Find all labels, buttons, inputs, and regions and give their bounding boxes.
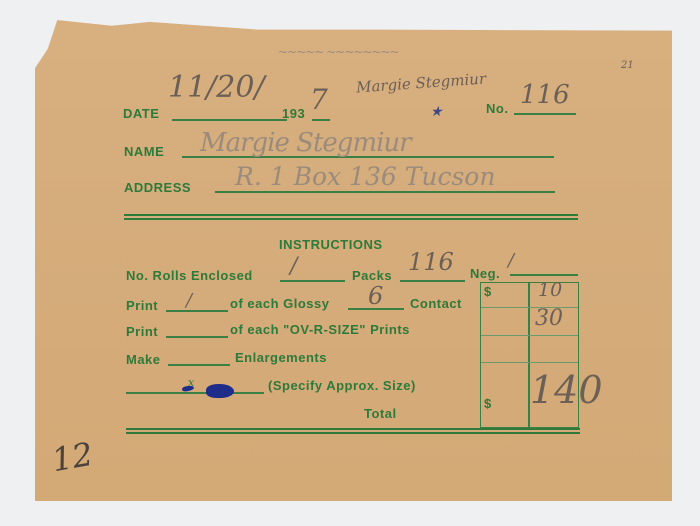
number-value: 116	[520, 80, 570, 110]
price-row-line	[481, 307, 578, 308]
price-oversize: 30	[535, 306, 563, 331]
neg-line	[510, 274, 578, 276]
section-divider	[124, 214, 578, 220]
year-line	[312, 119, 330, 121]
print-glossy-value: /	[186, 290, 192, 311]
instructions-heading: INSTRUCTIONS	[279, 237, 383, 252]
price-row-line	[481, 362, 578, 363]
address-line	[215, 191, 555, 193]
date-label: DATE	[123, 106, 159, 121]
enlargements-label: Enlargements	[235, 350, 327, 365]
name-value: Margie Stegmiur	[200, 128, 411, 158]
contact-label: Contact	[410, 296, 462, 311]
make-line	[168, 364, 230, 366]
ink-blot	[206, 384, 234, 398]
glossy-value: 6	[368, 282, 383, 310]
print-glossy-line	[166, 310, 228, 312]
price-total: 140	[530, 368, 603, 412]
packs-value: 116	[408, 248, 454, 276]
year-prefix: 193	[282, 106, 305, 121]
specify-label: (Specify Approx. Size)	[268, 378, 416, 393]
make-label: Make	[126, 352, 161, 367]
bottom-divider	[126, 428, 580, 434]
glossy-label: of each Glossy	[230, 296, 329, 311]
address-label: ADDRESS	[124, 180, 191, 195]
packs-label: Packs	[352, 268, 392, 283]
number-line	[514, 113, 576, 115]
address-value: R. 1 Box 136 Tucson	[235, 162, 495, 191]
neg-value: /	[508, 250, 514, 271]
price-contact: 10	[538, 279, 562, 301]
oversize-label: of each "OV-R-SIZE" Prints	[230, 322, 410, 337]
bottom-note: 12	[49, 435, 96, 479]
total-label: Total	[364, 406, 397, 421]
star-mark: ★	[430, 104, 443, 120]
header-squiggle: ~~~~~ ~~~~~~~~	[278, 45, 399, 59]
name-label: NAME	[124, 144, 164, 159]
date-line	[172, 119, 287, 121]
dollar-sign-total: $	[484, 396, 492, 411]
corner-note: 21	[621, 60, 634, 71]
number-label: No.	[486, 101, 508, 116]
neg-label: Neg.	[470, 266, 500, 281]
print-oversize-label: Print	[126, 324, 158, 339]
print-glossy-label: Print	[126, 298, 158, 313]
rolls-value: /	[290, 254, 297, 279]
rolls-label: No. Rolls Enclosed	[126, 268, 253, 283]
rolls-line	[280, 280, 345, 282]
price-row-line	[481, 335, 578, 336]
dollar-sign-top: $	[484, 284, 492, 299]
packs-line	[400, 280, 465, 282]
print-oversize-line	[166, 336, 228, 338]
specify-line	[126, 392, 264, 394]
year-digit: 7	[310, 83, 328, 116]
date-value: 11/20/	[168, 70, 265, 105]
